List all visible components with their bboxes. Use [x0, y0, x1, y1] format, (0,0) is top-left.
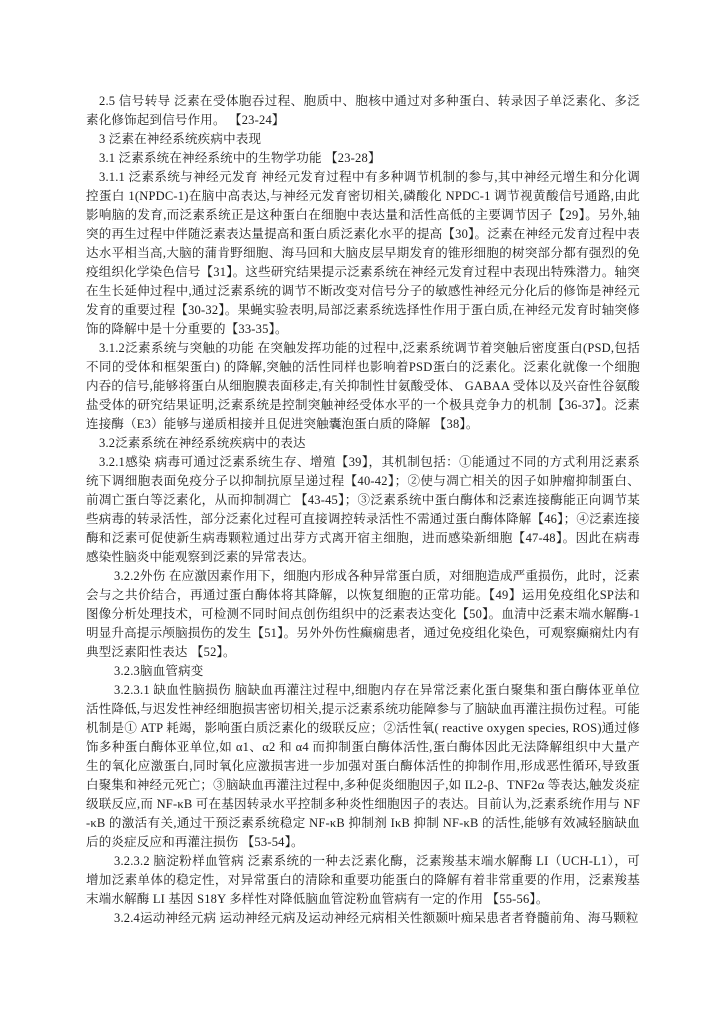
document-page: 2.5 信号转导 泛素在受体胞吞过程、胞质中、胞核中通过对多种蛋白、转录因子单泛… — [0, 0, 724, 1024]
paragraph-section-3-1-2: 3.1.2泛素系统与突触的功能 在突触发挥功能的过程中,泛素系统调节着突触后密度… — [86, 339, 640, 434]
heading-section-3: 3 泛素在神经系统疾病中表现 — [86, 130, 640, 149]
document-text-block: 2.5 信号转导 泛素在受体胞吞过程、胞质中、胞核中通过对多种蛋白、转录因子单泛… — [86, 92, 640, 928]
paragraph-section-3-2-2: 3.2.2外伤 在应激因素作用下，细胞内形成各种异常蛋白质，对细胞造成严重损伤，… — [86, 567, 640, 662]
paragraph-section-2-5: 2.5 信号转导 泛素在受体胞吞过程、胞质中、胞核中通过对多种蛋白、转录因子单泛… — [86, 92, 640, 130]
paragraph-section-3-2-3-2: 3.2.3.2 脑淀粉样血管病 泛素系统的一种去泛素化酶，泛素羧基末端水解酶 L… — [86, 852, 640, 909]
heading-section-3-2-3: 3.2.3脑血管病变 — [86, 662, 640, 681]
heading-section-3-2: 3.2泛素系统在神经系统疾病中的表达 — [86, 434, 640, 453]
paragraph-section-3-2-1: 3.2.1感染 病毒可通过泛素系统生存、增殖【39】，其机制包括：①能通过不同的… — [86, 453, 640, 567]
paragraph-section-3-2-4: 3.2.4运动神经元病 运动神经元病及运动神经元病相关性额颞叶痴呆患者者脊髓前角… — [86, 909, 640, 928]
paragraph-section-3-1-1: 3.1.1 泛素系统与神经元发育 神经元发育过程中有多种调节机制的参与,其中神经… — [86, 168, 640, 339]
paragraph-section-3-2-3-1: 3.2.3.1 缺血性脑损伤 脑缺血再灌注过程中,细胞内存在异常泛素化蛋白聚集和… — [86, 681, 640, 852]
heading-section-3-1: 3.1 泛素系统在神经系统中的生物学功能 【23-28】 — [86, 149, 640, 168]
